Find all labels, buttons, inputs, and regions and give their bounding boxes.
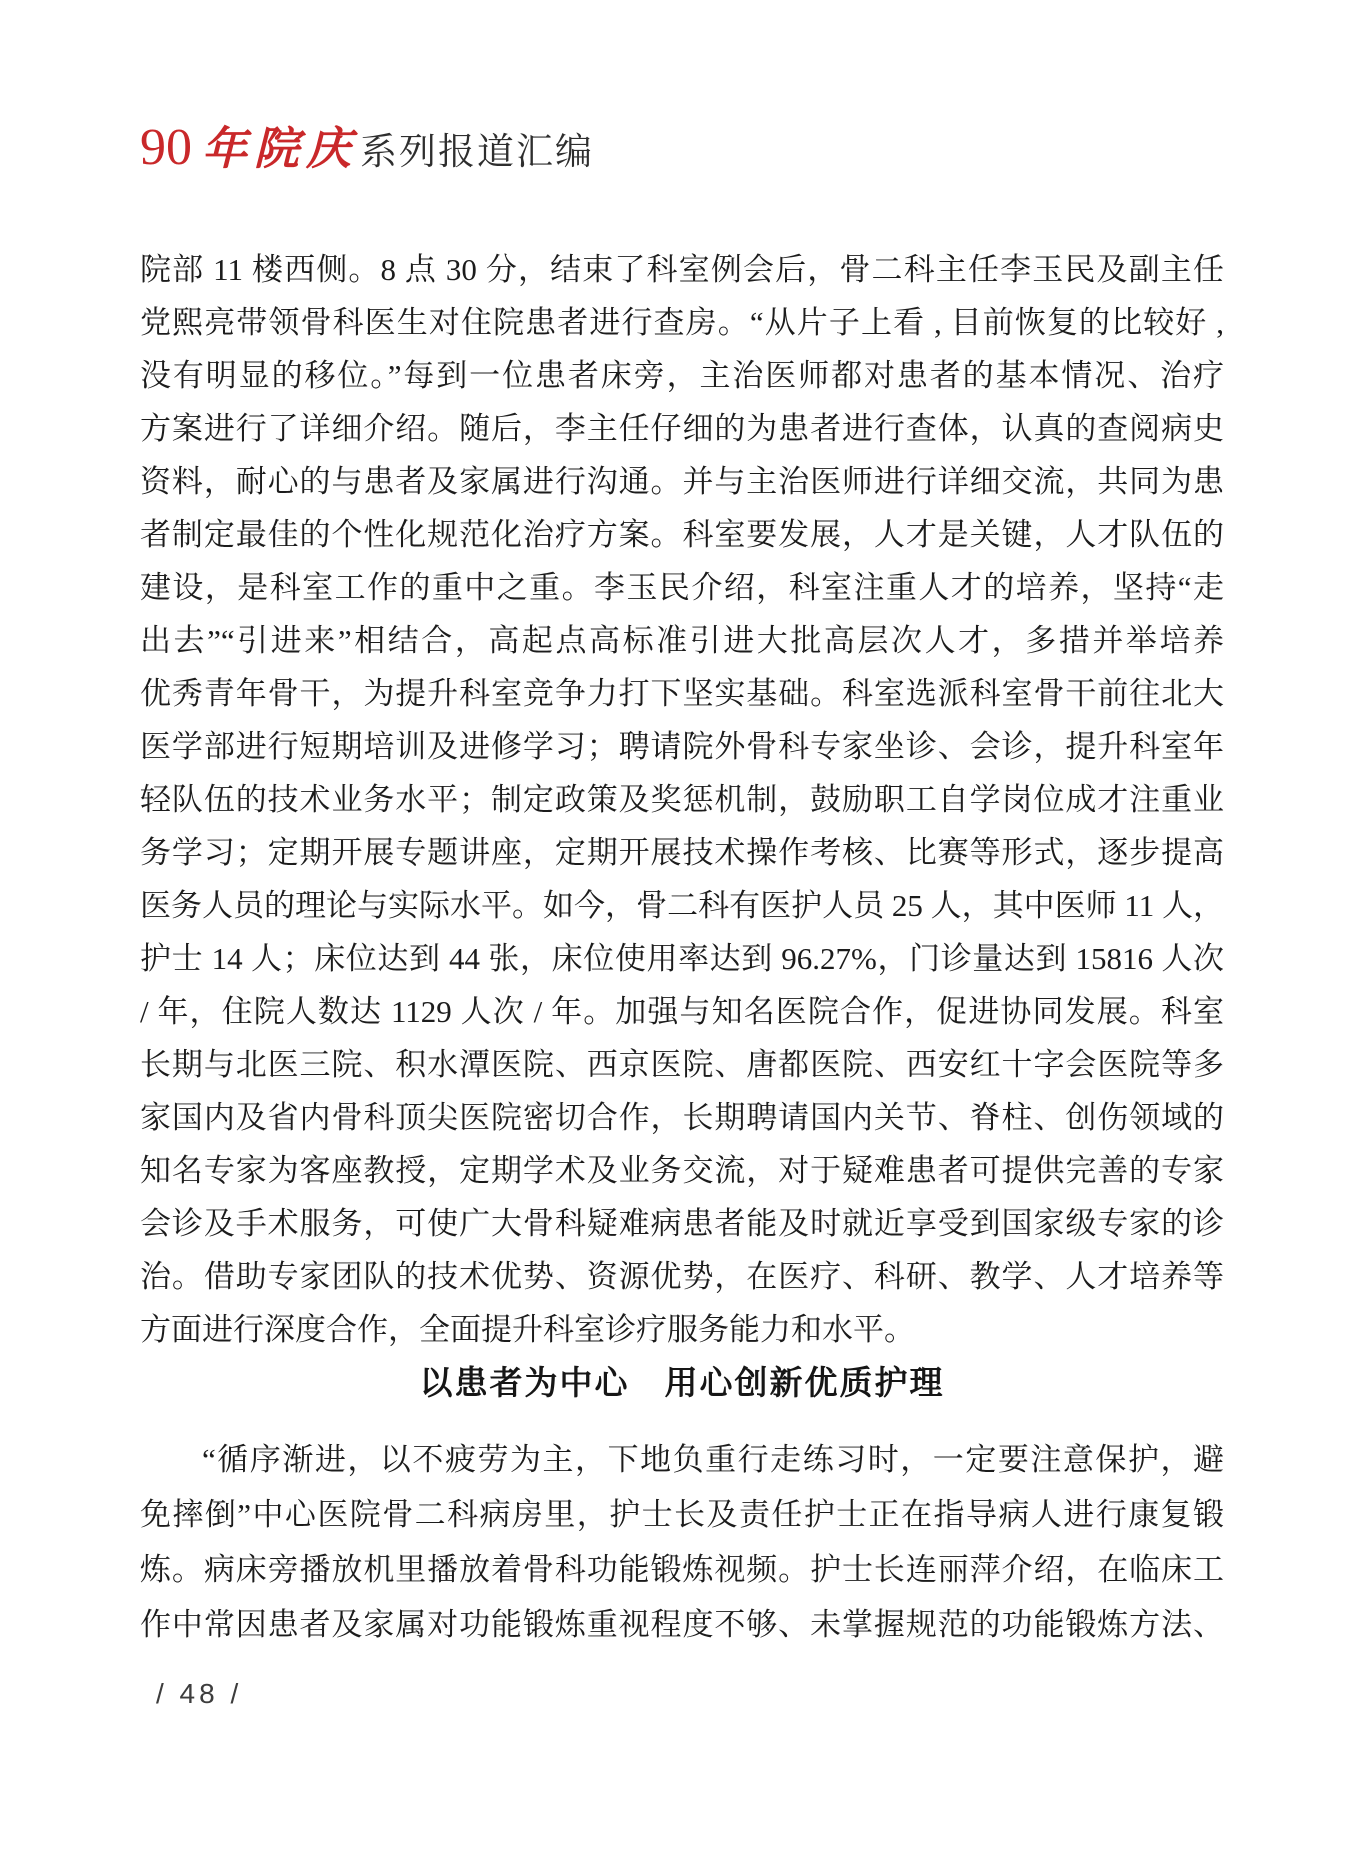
text-line: 家国内及省内骨科顶尖医院密切合作，长期聘请国内关节、脊柱、创伤领域的 [140,1091,1224,1144]
text-line: “循序渐进，以不疲劳为主，下地负重行走练习时，一定要注意保护，避 [140,1432,1224,1487]
text-line: 轻队伍的技术业务水平；制定政策及奖惩机制，鼓励职工自学岗位成才注重业 [140,773,1224,826]
page-footer: / 48 / [156,1680,242,1708]
text-line: 治。借助专家团队的技术优势、资源优势，在医疗、科研、教学、人才培养等 [140,1250,1224,1303]
header-anniversary-calligraphy: 年院庆 [202,127,358,172]
text-line: / 年，住院人数达 1129 人次 / 年。加强与知名医院合作，促进协同发展。科… [140,985,1224,1038]
text-line: 医务人员的理论与实际水平。如今，骨二科有医护人员 25 人，其中医师 11 人， [140,879,1224,932]
page-header: 90 年院庆 系列报道汇编 [140,122,594,174]
text-line: 出去”“引进来”相结合，高起点高标准引进大批高层次人才，多措并举培养 [140,614,1224,667]
text-line: 没有明显的移位。”每到一位患者床旁，主治医师都对患者的基本情况、治疗 [140,349,1224,402]
text-line: 方案进行了详细介绍。随后，李主任仔细的为患者进行查体，认真的查阅病史 [140,402,1224,455]
text-line: 炼。病床旁播放机里播放着骨科功能锻炼视频。护士长连丽萍介绍，在临床工 [140,1542,1224,1597]
text-line: 者制定最佳的个性化规范化治疗方案。科室要发展，人才是关键，人才队伍的 [140,508,1224,561]
header-anniversary-number: 90 [140,122,192,174]
paragraph-ward-round-report: 院部 11 楼西侧。8 点 30 分，结束了科室例会后，骨二科主任李玉民及副主任… [140,243,1224,1356]
text-line: 优秀青年骨干，为提升科室竞争力打下坚实基础。科室选派科室骨干前往北大 [140,667,1224,720]
text-line: 务学习；定期开展专题讲座，定期开展技术操作考核、比赛等形式，逐步提高 [140,826,1224,879]
header-series-title: 系列报道汇编 [360,133,594,170]
text-line: 免摔倒”中心医院骨二科病房里，护士长及责任护士正在指导病人进行康复锻 [140,1487,1224,1542]
document-page: 90 年院庆 系列报道汇编 院部 11 楼西侧。8 点 30 分，结束了科室例会… [0,0,1362,1858]
text-line: 长期与北医三院、积水潭医院、西京医院、唐都医院、西安红十字会医院等多 [140,1038,1224,1091]
text-line: 会诊及手术服务，可使广大骨科疑难病患者能及时就近享受到国家级专家的诊 [140,1197,1224,1250]
text-line: 方面进行深度合作，全面提升科室诊疗服务能力和水平。 [140,1303,1224,1356]
text-line: 资料，耐心的与患者及家属进行沟通。并与主治医师进行详细交流，共同为患 [140,455,1224,508]
section-heading-patient-centered-care: 以患者为中心 用心创新优质护理 [140,1362,1224,1406]
text-line: 作中常因患者及家属对功能锻炼重视程度不够、未掌握规范的功能锻炼方法、 [140,1597,1224,1652]
text-line: 医学部进行短期培训及进修学习；聘请院外骨科专家坐诊、会诊，提升科室年 [140,720,1224,773]
page-number: / 48 / [156,1678,242,1709]
paragraph-nursing-rehabilitation: “循序渐进，以不疲劳为主，下地负重行走练习时，一定要注意保护，避免摔倒”中心医院… [140,1432,1224,1652]
text-line: 院部 11 楼西侧。8 点 30 分，结束了科室例会后，骨二科主任李玉民及副主任 [140,243,1224,296]
text-line: 知名专家为客座教授，定期学术及业务交流，对于疑难患者可提供完善的专家 [140,1144,1224,1197]
text-line: 建设，是科室工作的重中之重。李玉民介绍，科室注重人才的培养，坚持“走 [140,561,1224,614]
text-line: 党熙亮带领骨科医生对住院患者进行查房。“从片子上看 , 目前恢复的比较好 , [140,296,1224,349]
text-line: 护士 14 人；床位达到 44 张，床位使用率达到 96.27%，门诊量达到 1… [140,932,1224,985]
